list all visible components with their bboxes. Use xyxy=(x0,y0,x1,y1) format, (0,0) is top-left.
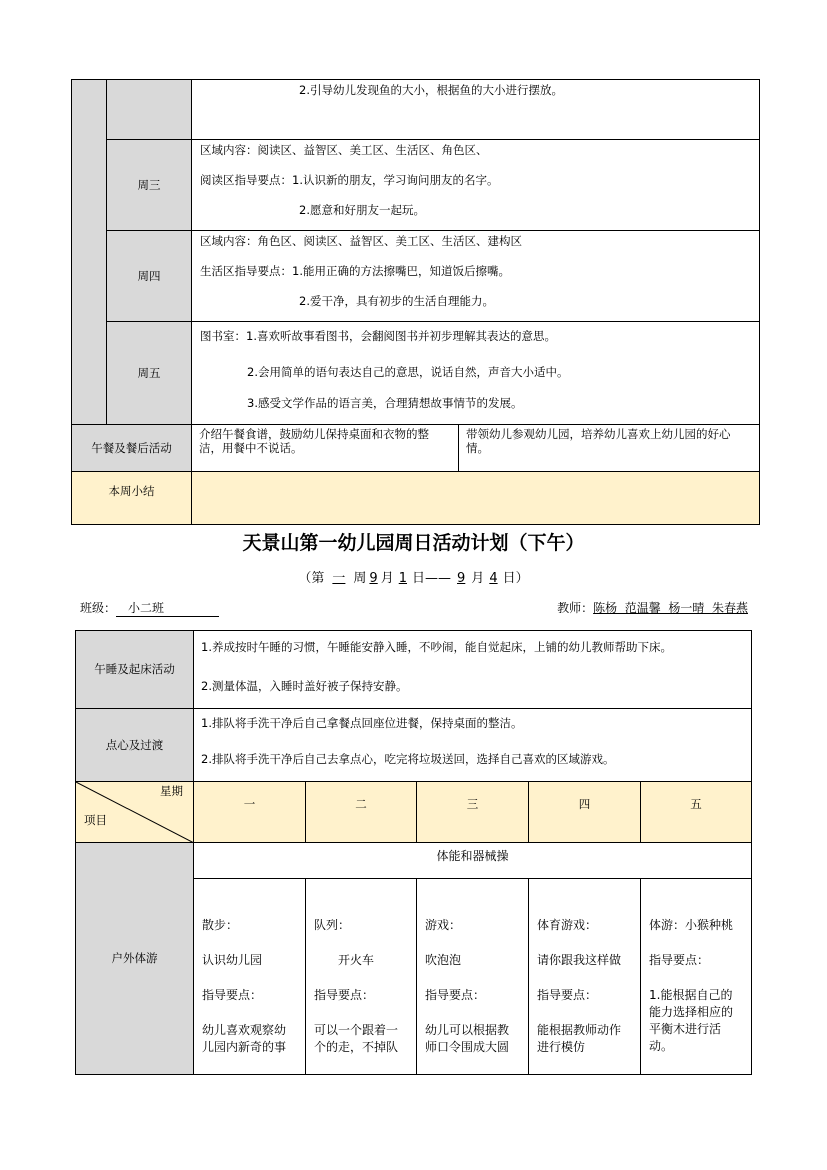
outdoor-banner-cell: 体能和器械操 xyxy=(193,842,752,879)
month-label-2: 月 xyxy=(471,571,484,586)
start-day: 1 xyxy=(394,571,412,586)
nap-label: 午睡及起床活动 xyxy=(94,662,175,677)
activity-type: 队列： xyxy=(314,917,408,934)
day-label: 三 xyxy=(467,797,479,812)
week-number: 一 xyxy=(324,567,353,586)
content-cell-wed: 区域内容：阅读区、益智区、美工区、生活区、角色区、 阅读区指导要点：1.认识新的… xyxy=(191,139,760,231)
page-title: 天景山第一幼儿园周日活动计划（下午） xyxy=(0,528,827,555)
guidance-text: 能根据教师动作进行模仿 xyxy=(537,1022,632,1056)
header-day-2: 二 xyxy=(305,781,417,843)
header-day-5: 五 xyxy=(640,781,752,843)
lunch-left-text: 介绍午餐食谱，鼓励幼儿保持桌面和衣物的整洁，用餐中不说话。 xyxy=(199,427,429,455)
date-range: （第一周9月1日——9月4日） xyxy=(0,567,827,586)
summary-content-cell[interactable] xyxy=(191,471,760,525)
header-day-4: 四 xyxy=(528,781,641,843)
guidance-text: 可以一个跟着一个的走，不掉队 xyxy=(314,1022,408,1056)
corner-header-cell: 星期 项目 xyxy=(75,781,194,843)
summary-label: 本周小结 xyxy=(109,484,155,498)
snack-line: 1.排队将手洗干净后自己拿餐点回座位进餐，保持桌面的整洁。 xyxy=(201,715,522,731)
day-cell-mon-tail xyxy=(106,79,192,140)
guidance-text: 幼儿喜欢观察幼儿园内新奇的事 xyxy=(202,1022,297,1056)
end-month: 9 xyxy=(451,571,471,586)
snack-label: 点心及过渡 xyxy=(106,738,164,753)
day-label: 一 xyxy=(244,797,256,812)
content-cell-mon-tail: 2.引导幼儿发现鱼的大小，根据鱼的大小进行摆放。 xyxy=(191,79,760,140)
guidance-text: 幼儿可以根据教师口令围成大圆 xyxy=(425,1022,520,1056)
day-label: 周三 xyxy=(138,178,161,193)
lunch-label-cell: 午餐及餐后活动 xyxy=(71,424,192,472)
guidance-label: 指导要点： xyxy=(202,987,297,1004)
content-line: 阅读区指导要点：1.认识新的朋友，学习询问朋友的名字。 xyxy=(200,172,498,188)
date-suffix: 日） xyxy=(503,571,529,586)
class-info: 班级：小二班 xyxy=(80,599,219,617)
content-line: 生活区指导要点：1.能用正确的方法擦嘴巴，知道饭后擦嘴。 xyxy=(200,263,510,279)
content-line: 区域内容：角色区、阅读区、益智区、美工区、生活区、建构区 xyxy=(200,233,522,249)
lunch-right-cell: 带领幼儿参观幼儿园，培养幼儿喜欢上幼儿园的好心情。 xyxy=(458,424,760,472)
lunch-label: 午餐及餐后活动 xyxy=(91,441,172,456)
outdoor-col-1: 散步： 认识幼儿园 指导要点： 幼儿喜欢观察幼儿园内新奇的事 xyxy=(193,878,306,1075)
outdoor-col-4: 体育游戏： 请你跟我这样做 指导要点： 能根据教师动作进行模仿 xyxy=(528,878,641,1075)
activity-type: 散步： xyxy=(202,917,297,934)
day-label: 五 xyxy=(690,797,702,812)
lunch-right-text: 带领幼儿参观幼儿园，培养幼儿喜欢上幼儿园的好心情。 xyxy=(466,427,731,455)
activity-type: 体育游戏： xyxy=(537,917,632,934)
nap-label-cell: 午睡及起床活动 xyxy=(75,630,194,709)
day-cell-fri: 周五 xyxy=(106,321,192,425)
class-label: 班级： xyxy=(80,601,116,615)
outdoor-banner: 体能和器械操 xyxy=(436,849,508,863)
nap-line: 2.测量体温，入睡时盖好被子保持安静。 xyxy=(201,678,407,694)
nap-line: 1.养成按时午睡的习惯，午睡能安静入睡，不吵闹，能自觉起床，上铺的幼儿教师帮助下… xyxy=(201,639,672,655)
guidance-label: 指导要点： xyxy=(649,952,743,969)
header-day-3: 三 xyxy=(416,781,529,843)
content-cell-thu: 区域内容：角色区、阅读区、益智区、美工区、生活区、建构区 生活区指导要点：1.能… xyxy=(191,230,760,322)
activity-name: 请你跟我这样做 xyxy=(537,952,632,969)
summary-label-cell: 本周小结 xyxy=(71,471,192,525)
activity-name: 吹泡泡 xyxy=(425,952,520,969)
snack-label-cell: 点心及过渡 xyxy=(75,708,194,782)
activity-type: 体游：小猴种桃 xyxy=(649,917,743,934)
outdoor-col-3: 游戏： 吹泡泡 指导要点： 幼儿可以根据教师口令围成大圆 xyxy=(416,878,529,1075)
day-label: 二 xyxy=(355,797,367,812)
nap-content-cell: 1.养成按时午睡的习惯，午睡能安静入睡，不吵闹，能自觉起床，上铺的幼儿教师帮助下… xyxy=(193,630,752,709)
day-cell-wed: 周三 xyxy=(106,139,192,231)
corner-bottom-label: 项目 xyxy=(84,812,107,828)
day-cell-thu: 周四 xyxy=(106,230,192,322)
outdoor-col-2: 队列： 开火车 指导要点： 可以一个跟着一个的走，不掉队 xyxy=(305,878,417,1075)
mon-tail-line: 2.引导幼儿发现鱼的大小，根据鱼的大小进行摆放。 xyxy=(299,82,563,98)
outdoor-col-5: 体游：小猴种桃 指导要点： 1.能根据自己的能力选择相应的平衡木进行活动。 xyxy=(640,878,752,1075)
header-day-1: 一 xyxy=(193,781,306,843)
month-label: 月 xyxy=(381,571,394,586)
end-day: 4 xyxy=(484,571,502,586)
week-suffix: 周 xyxy=(353,571,366,586)
corner-top-label: 星期 xyxy=(160,783,183,799)
teacher-info: 教师：陈杨 范温馨 杨一晴 朱春燕 xyxy=(557,599,748,616)
day-label: 四 xyxy=(579,797,591,812)
content-cell-fri: 图书室：1.喜欢听故事看图书，会翻阅图书并初步理解其表达的意思。 2.会用简单的… xyxy=(191,321,760,425)
day-label: 周四 xyxy=(138,269,161,284)
date-prefix: （第 xyxy=(298,571,324,586)
teacher-names: 陈杨 范温馨 杨一晴 朱春燕 xyxy=(593,601,748,615)
class-value: 小二班 xyxy=(116,599,219,617)
teacher-label: 教师： xyxy=(557,601,593,615)
outdoor-label: 户外体游 xyxy=(112,951,158,966)
content-line: 2.爱干净，具有初步的生活自理能力。 xyxy=(299,293,494,309)
guidance-text: 1.能根据自己的能力选择相应的平衡木进行活动。 xyxy=(649,987,743,1055)
guidance-label: 指导要点： xyxy=(537,987,632,1004)
guidance-label: 指导要点： xyxy=(314,987,408,1004)
start-month: 9 xyxy=(366,571,380,586)
region-category-cell xyxy=(71,79,107,425)
activity-type: 游戏： xyxy=(425,917,520,934)
snack-line: 2.排队将手洗干净后自己去拿点心，吃完将垃圾送回，选择自己喜欢的区域游戏。 xyxy=(201,751,614,767)
content-line: 2.愿意和好朋友一起玩。 xyxy=(299,202,425,218)
guidance-label: 指导要点： xyxy=(425,987,520,1004)
snack-content-cell: 1.排队将手洗干净后自己拿餐点回座位进餐，保持桌面的整洁。 2.排队将手洗干净后… xyxy=(193,708,752,782)
day-label: 周五 xyxy=(138,366,161,381)
activity-name: 开火车 xyxy=(314,952,408,969)
lunch-left-cell: 介绍午餐食谱，鼓励幼儿保持桌面和衣物的整洁，用餐中不说话。 xyxy=(191,424,459,472)
content-line: 2.会用简单的语句表达自己的意思，说话自然，声音大小适中。 xyxy=(247,364,568,380)
content-line: 3.感受文学作品的语言美，合理猜想故事情节的发展。 xyxy=(247,395,522,411)
outdoor-label-cell: 户外体游 xyxy=(75,842,194,1075)
activity-name: 认识幼儿园 xyxy=(202,952,297,969)
content-line: 区域内容：阅读区、益智区、美工区、生活区、角色区、 xyxy=(200,142,488,158)
content-line: 图书室：1.喜欢听故事看图书，会翻阅图书并初步理解其表达的意思。 xyxy=(200,328,556,344)
day-label: 日—— xyxy=(412,571,451,586)
